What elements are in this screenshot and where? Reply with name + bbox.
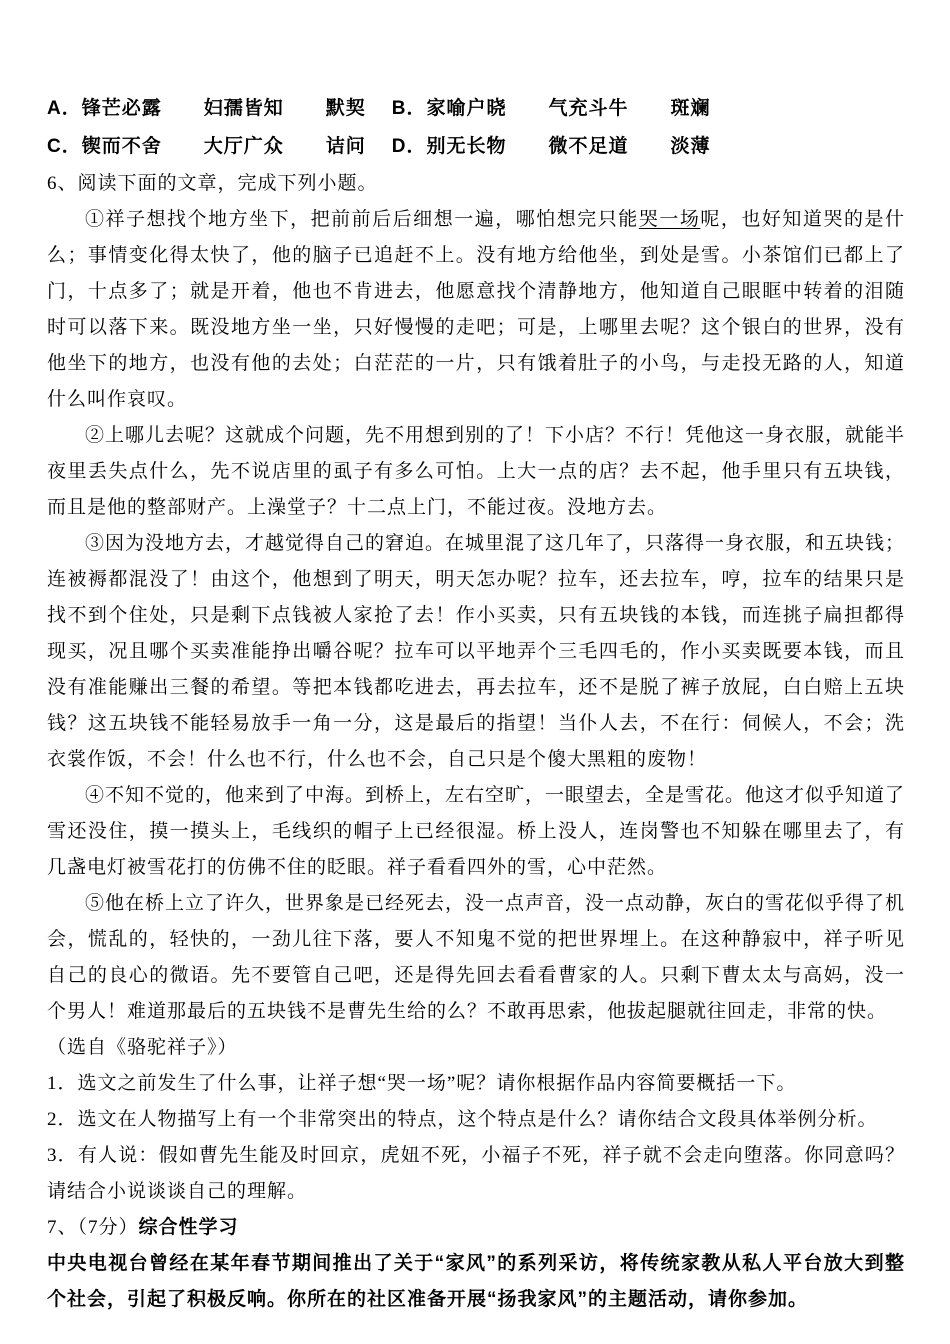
choice-a-item-1: A．锋芒必露 bbox=[47, 90, 162, 128]
question-1: 1．选文之前发生了什么事，让祥子想“哭一场”呢？请你根据作品内容简要概括一下。 bbox=[47, 1066, 905, 1102]
passage-paragraph-3: ③因为没地方去，才越觉得自己的窘迫。在城里混了这几年了，只落得一身衣服，和五块钱… bbox=[47, 526, 905, 778]
passage-source: （选自《骆驼祥子》） bbox=[47, 1030, 905, 1066]
choice-a-item-2: 妇孺皆知 bbox=[204, 90, 284, 128]
choice-b-item-1: B．家喻户晓 bbox=[392, 90, 507, 128]
section7-body: 中央电视台曾经在某年春节期间推出了关于“家风”的系列采访，将传统家教从私人平台放… bbox=[47, 1246, 905, 1318]
section7-number: 7、（7分） bbox=[47, 1217, 139, 1238]
choice-b-item-3: 斑斓 bbox=[671, 90, 711, 128]
passage-paragraph-5: ⑤他在桥上立了许久，世界象是已经死去，没一点声音，没一点动静，灰白的雪花似乎得了… bbox=[47, 886, 905, 1030]
choice-c-item-3: 诘问 bbox=[326, 128, 366, 166]
passage-text: ①祥子想找个地方坐下，把前前后后细想一遍，哪怕想完只能 bbox=[85, 209, 639, 230]
choice-d-item-3: 淡薄 bbox=[671, 128, 711, 166]
choice-row-cd: C．锲而不舍 大厅广众 诘问 D．别无长物 微不足道 淡薄 bbox=[47, 128, 905, 166]
underlined-phrase: 哭一场 bbox=[639, 209, 701, 230]
choice-a-item-3: 默契 bbox=[326, 90, 366, 128]
passage-paragraph-2: ②上哪儿去呢？这就成个问题，先不用想到别的了！下小店？不行！凭他这一身衣服，就能… bbox=[47, 418, 905, 526]
choice-d-item-2: 微不足道 bbox=[549, 128, 629, 166]
question-3: 3．有人说：假如曹先生能及时回京，虎妞不死，小福子不死，祥子就不会走向堕落。你同… bbox=[47, 1138, 905, 1210]
choice-c-item-1: C．锲而不舍 bbox=[47, 128, 162, 166]
passage-paragraph-4: ④不知不觉的，他来到了中海。到桥上，左右空旷，一眼望去，全是雪花。他这才似乎知道… bbox=[47, 778, 905, 886]
section7-heading: 7、（7分）综合性学习 bbox=[47, 1210, 905, 1246]
passage-text: 呢，也好知道哭的是什么；事情变化得太快了，他的脑子已追赶不上。没有地方给他坐，到… bbox=[47, 209, 905, 410]
section6-heading: 6、阅读下面的文章，完成下列小题。 bbox=[47, 166, 905, 202]
passage-paragraph-1: ①祥子想找个地方坐下，把前前后后细想一遍，哪怕想完只能哭一场呢，也好知道哭的是什… bbox=[47, 202, 905, 418]
section7-title: 综合性学习 bbox=[139, 1217, 239, 1238]
choice-b-item-2: 气充斗牛 bbox=[549, 90, 629, 128]
question-2: 2．选文在人物描写上有一个非常突出的特点，这个特点是什么？请你结合文段具体举例分… bbox=[47, 1102, 905, 1138]
choice-row-ab: A．锋芒必露 妇孺皆知 默契 B．家喻户晓 气充斗牛 斑斓 bbox=[47, 90, 905, 128]
choice-c-item-2: 大厅广众 bbox=[204, 128, 284, 166]
exam-page: A．锋芒必露 妇孺皆知 默契 B．家喻户晓 气充斗牛 斑斓 C．锲而不舍 大厅广… bbox=[0, 0, 950, 1344]
choice-d-item-1: D．别无长物 bbox=[392, 128, 507, 166]
